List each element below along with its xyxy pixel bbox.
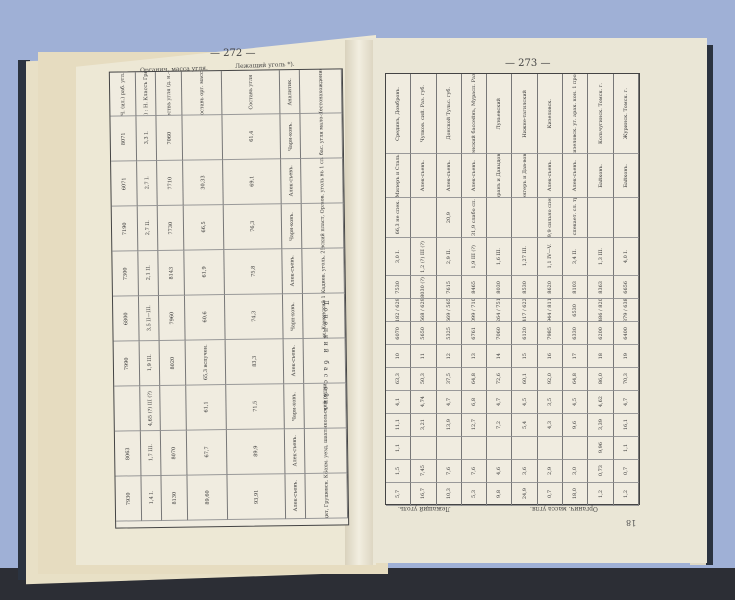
right-cell-class: 1,27 III. (512, 238, 537, 276)
left-cell-heat-organic: 8020 (160, 341, 187, 386)
right-cell-class: 2,9 II. (437, 238, 462, 276)
left-cell-location: шах. Кадиев. уголь, 25 саж. (302, 248, 345, 294)
right-cell-number: 10 (386, 345, 411, 368)
left-cell-location: Юзов. уголь въ 1 слой (301, 158, 344, 204)
left-cell-heat-organic: 7960 (159, 296, 186, 341)
right-cell-coal-value: 60,1 (512, 368, 537, 391)
right-cell-coal-value: 11,1 (386, 414, 411, 437)
right-cell-coal-value: 3,21 (411, 414, 436, 437)
right-cell-coal-value: 7,2 (487, 414, 512, 437)
left-cell-analyst: Алек-съевъ. (284, 339, 305, 384)
right-cell-coal-value: 4,5 (563, 391, 588, 414)
right-cell-number: 12 (437, 345, 462, 368)
right-cell-heat-organic: 8030 (?) (411, 276, 436, 299)
right-cell-coal-value: 92,0 (538, 368, 563, 391)
right-cell-coal-value: 13,9 (437, 414, 462, 437)
right-cell-coal-value: 3,39 (588, 414, 613, 437)
right-cell-heat-coal: 5669 / 5659 (437, 299, 462, 322)
left-header-location: Местонахождение: (300, 69, 343, 114)
right-cell-analyst: Байковъ. (588, 154, 613, 198)
right-cell-coal-value: 64,8 (563, 368, 588, 391)
right-cell-coal-value: 3,5 (538, 391, 563, 414)
left-cell-org: 66,5 (184, 205, 225, 251)
left-cell-heat-organic: 8130 (161, 476, 188, 521)
right-cell-coal-value: 0,73 (588, 460, 613, 483)
left-cell-coal: 71,5 (226, 384, 285, 430)
right-cell-coal-value (512, 437, 537, 460)
right-data-table: Срединъ, Домбровъ.Чулков. сий. Раз. губ.… (385, 73, 640, 505)
right-cell-coal-value: 1,1 (386, 437, 411, 460)
right-cell-coke: 66,3 не спек. (386, 198, 411, 238)
right-cell-heat-raw: 7060 (487, 322, 512, 345)
left-cell-heat: 6800 (113, 296, 140, 341)
right-cell-coke: 61,0 спекает. сл. треш. (563, 198, 588, 238)
right-cell-coal-value: 18,0 (563, 483, 588, 506)
left-cell-org: 67,7 (187, 430, 228, 476)
right-cell-coke (614, 198, 639, 238)
right-cell-coal-value: 0,7 (538, 483, 563, 506)
right-cell-heat-organic: 7615 (437, 276, 462, 299)
left-page-number: — 272 — (210, 48, 255, 59)
right-cell-heat-organic: 8620 (538, 276, 563, 299)
right-cell-location: Нижне-тагилский (512, 74, 537, 154)
right-cell-location: Кольчугинск. Томск. г. (588, 74, 613, 154)
right-cell-coal-value: 4,3 (538, 414, 563, 437)
left-cell-heat-organic: 8143 (158, 251, 185, 296)
right-cell-analyst: Алек-съевъ. (437, 154, 462, 198)
right-cell-heat-raw: 6070 (386, 322, 411, 345)
left-header-org: Составъ орг. массы (182, 71, 223, 116)
right-cell-coal-value: 9,6 (563, 414, 588, 437)
right-cell-number: 13 (462, 345, 487, 368)
left-cell-heat-organic: 7060 (156, 116, 183, 161)
left-cell-org: 65,3 вспучен. (186, 340, 227, 386)
left-cell-location: Бахм. уезд, шахта (305, 428, 348, 474)
left-cell-location: Голубовский пласт, Орлов. губ. (302, 203, 345, 249)
left-header-yield: Выходъ кокса дит. веществъ угля (д. н.—1… (156, 72, 183, 116)
left-side-caption: Донецкий бассейнъ (322, 300, 329, 414)
right-cell-coal-value: 4,6 (487, 460, 512, 483)
right-cell-coke (588, 198, 613, 238)
right-cell-coke (411, 198, 436, 238)
left-cell-analyst: Алек-съевъ. (281, 159, 302, 204)
right-cell-coal-value: 4,5 (512, 391, 537, 414)
left-cell-org: 61,9 (184, 250, 225, 296)
right-cell-class: 1,1 IV—V. (538, 238, 563, 276)
right-cell-heat-organic: 8030 (487, 276, 512, 299)
right-cell-analyst: Байковъ. (614, 154, 639, 198)
left-cell-coal: 76,3 (224, 204, 283, 250)
right-cell-class: 3,4 II. (563, 238, 588, 276)
left-table-grid: Ч. (ил.) раб. угл. (O + S) : H. Классъ Г… (110, 69, 348, 527)
left-cell-heat-organic (160, 386, 187, 431)
right-cell-coal-value: 1,5 (386, 460, 411, 483)
right-cell-class: 1,9 III (?) (462, 238, 487, 276)
right-cell-coal-value: 4,7 (487, 391, 512, 414)
left-cell-class: 2,7 I. (137, 161, 158, 206)
right-cell-coal-value (462, 437, 487, 460)
right-cell-coal-value: 3,6 (512, 460, 537, 483)
right-cell-location: Журинск. Томск. г. (614, 74, 639, 154)
left-header-heat: Ч. (ил.) раб. угл. (110, 72, 137, 116)
right-cell-coal-value: 5,3 (462, 483, 487, 506)
right-cell-coal-value: 4,7 (437, 391, 462, 414)
left-cell-class: 2,1 II. (138, 251, 159, 296)
right-cell-coal-value: 10,3 (437, 483, 462, 506)
left-header-coal: Составъ угля (222, 70, 281, 115)
right-cell-class: 1,6 III. (487, 238, 512, 276)
right-cell-coal-value: 4,62 (588, 391, 613, 414)
right-cell-heat-coal: 8486 / 8208 (588, 299, 613, 322)
right-cell-coal-value: 0,7 (614, 460, 639, 483)
left-cell-coal: 61,4 (222, 114, 281, 160)
right-cell-heat-coal: 6530 (563, 299, 588, 322)
book-gutter (345, 40, 373, 565)
right-cell-analyst: Зенгеръ и Дав-вовъ. (512, 154, 537, 198)
right-cell-heat-raw: 6200 (588, 322, 613, 345)
right-cell-analyst: Милеръ и Сталь. (386, 154, 411, 198)
right-page-signature: 18 (626, 518, 636, 527)
right-cell-coal-value (437, 437, 462, 460)
left-cell-heat-organic: 7710 (157, 161, 184, 206)
right-cell-heat-coal: 7099 / 7105 (462, 299, 487, 322)
right-page-number: — 273 — (505, 58, 550, 69)
left-cell-heat (114, 386, 141, 431)
right-cell-coal-value: 4,7 (614, 391, 639, 414)
right-cell-coal-value: 9,96 (588, 437, 613, 460)
right-cell-coal-value: 3,0 (563, 460, 588, 483)
left-cell-coal: 69,1 (223, 159, 282, 205)
left-cell-class: 4,65 (?) III (?) (140, 386, 161, 431)
right-cell-heat-coal: 6379 / 6389 (614, 299, 639, 322)
right-cell-heat-organic: 8103 (563, 276, 588, 299)
right-cell-coke (512, 198, 537, 238)
right-cell-coal-value: 37,5 (437, 368, 462, 391)
right-cell-heat-raw: 7985 (538, 322, 563, 345)
left-cell-heat: 8071 (110, 116, 137, 161)
right-cell-coal-value: 63,3 (386, 368, 411, 391)
right-cell-coal-value (411, 437, 436, 460)
right-cell-coal-value: 1,2 (614, 483, 639, 506)
right-cell-coal-value: 7,6 (462, 460, 487, 483)
right-cell-location: Чулков. сий. Раз. губ. (411, 74, 436, 154)
right-cell-analyst: Лоранъ и Давыдовъ. (487, 154, 512, 198)
right-cell-coal-value: 7,6 (437, 460, 462, 483)
right-cell-number: 11 (411, 345, 436, 368)
left-cell-analyst: Алек-съевъ. (285, 429, 306, 474)
right-cell-coal-value: 1,2 (588, 483, 613, 506)
right-cell-heat-organic: 8530 (512, 276, 537, 299)
left-cell-heat: 7990 (114, 341, 141, 386)
right-cell-coal-value: 70,3 (614, 368, 639, 391)
right-caption-coal: Лежащий уголь. (398, 505, 450, 512)
right-cell-analyst: Алек-съевъ. (411, 154, 436, 198)
right-cell-location: Кизеловск. (538, 74, 563, 154)
right-cell-coal-value: 50,3 (411, 368, 436, 391)
left-cell-heat: 8063 (115, 431, 142, 476)
right-cell-coal-value: 1,1 (614, 437, 639, 460)
right-cell-heat-organic: 8465 (462, 276, 487, 299)
right-cell-heat-coal: 6417 / 6220 (512, 299, 537, 322)
right-cell-heat-raw: 6120 (512, 322, 537, 345)
left-cell-location: Антрацит, Грушевск. Копани. (305, 473, 348, 519)
left-cell-coal: 75,8 (224, 249, 283, 295)
right-cell-coke (487, 198, 512, 238)
right-cell-coal-value: 24,9 (512, 483, 537, 506)
right-cell-heat-organic: 6656 (614, 276, 639, 299)
right-cell-coke: 99,9 сильно спек. (538, 198, 563, 238)
left-cell-coal: 93,91 (227, 474, 286, 520)
right-cell-coal-value: 72,6 (487, 368, 512, 391)
left-cell-heat: 6071 (111, 161, 138, 206)
right-cell-heat-organic: 8363 (588, 276, 613, 299)
right-cell-number: 17 (563, 345, 588, 368)
right-cell-location: Луньевский (487, 74, 512, 154)
right-cell-heat-coal: 5568 / 6290 (411, 299, 436, 322)
left-cell-org: 61,1 (186, 385, 227, 431)
right-cell-coal-value (487, 437, 512, 460)
right-cell-heat-raw: 6400 (614, 322, 639, 345)
right-cell-analyst: Алек-съевъ. (462, 154, 487, 198)
left-cell-heat: 7300 (112, 251, 139, 296)
left-cell-analyst: Чарн-ковъ. (280, 114, 301, 159)
right-cell-heat-coal: 6182 / 6290 (386, 299, 411, 322)
right-cell-heat-raw: 6330 (563, 322, 588, 345)
left-cell-class: 1,7 III. (141, 431, 162, 476)
left-cell-analyst: Чарн-ковъ. (282, 204, 303, 249)
left-cell-class: 3,3 I. (136, 116, 157, 161)
right-cell-coke: 20,9 (437, 198, 462, 238)
right-cell-class: 4,0 I. (614, 238, 639, 276)
left-cell-analyst: Алек-съевъ. (285, 474, 306, 519)
right-cell-number: 19 (614, 345, 639, 368)
right-cell-heat-raw: 6761 (462, 322, 487, 345)
right-cell-coal-value: 5,7 (386, 483, 411, 506)
left-data-table: Ч. (ил.) раб. угл. (O + S) : H. Классъ Г… (109, 68, 349, 528)
left-cell-heat: 7930 (115, 476, 142, 521)
left-cell-location: Донецк. бас. угля мало-зольный (300, 113, 343, 159)
right-cell-coal-value: 2,9 (538, 460, 563, 483)
right-cell-coal-value: 9,8 (487, 483, 512, 506)
right-cell-location: Смоленский бассейнъ, Мурасп. Раз. губ. (462, 74, 487, 154)
left-cell-heat-organic: 8070 (161, 431, 188, 476)
right-cell-number: 18 (588, 345, 613, 368)
right-cell-coal-value: 5,4 (512, 414, 537, 437)
left-cell-class: 2,7 II. (138, 206, 159, 251)
right-caption-organic: Органич. масса угля. (530, 505, 598, 512)
left-header-class: (O + S) : H. Классъ Грюнера. (136, 72, 157, 116)
left-cell-class: 3,5 II—III. (139, 296, 160, 341)
right-cell-number: 15 (512, 345, 537, 368)
right-cell-coal-value: 7,45 (411, 460, 436, 483)
right-cell-analyst: Алек-съевъ. (538, 154, 563, 198)
right-cell-coal-value: 16,7 (411, 483, 436, 506)
left-cell-heat: 7190 (112, 206, 139, 251)
right-cell-location: Срединъ, Домбровъ. (386, 74, 411, 154)
left-cell-heat-organic: 7730 (158, 206, 185, 251)
right-cell-number: 14 (487, 345, 512, 368)
right-cell-heat-organic: 7530 (386, 276, 411, 299)
right-cell-heat-raw: 5650 (411, 322, 436, 345)
right-cell-coke: 31,9 слабо сп. (462, 198, 487, 238)
right-cell-coal-value: 16,1 (614, 414, 639, 437)
left-cell-org: 30,33 (183, 160, 224, 206)
right-cell-class: 3,0 I. (386, 238, 411, 276)
left-cell-class: 1,4 I. (141, 476, 162, 521)
right-cell-number: 16 (538, 345, 563, 368)
right-cell-coal-value: 64,8 (462, 368, 487, 391)
right-cell-heat-raw: 5325 (437, 322, 462, 345)
right-cell-coal-value (538, 437, 563, 460)
left-header-analyst: Аналитик. (280, 70, 301, 114)
left-cell-analyst: Чарн-ковъ. (284, 384, 305, 429)
right-cell-heat-coal: 6944 / 8115 (538, 299, 563, 322)
left-cell-coal: 83,3 (226, 339, 285, 385)
left-cell-class: 1,9 III. (140, 341, 161, 386)
right-cell-coal-value: 86,0 (588, 368, 613, 391)
right-cell-class: 1,3 III. (588, 238, 613, 276)
right-cell-coal-value (563, 437, 588, 460)
right-cell-class: 1,2 (?) III (?) (411, 238, 436, 276)
left-cell-org: 60,6 (185, 295, 226, 341)
right-cell-coal-value: 4,74 (411, 391, 436, 414)
left-cell-org (182, 115, 223, 161)
right-cell-coal-value: 4,1 (386, 391, 411, 414)
right-cell-analyst: Алек-съевъ. (563, 154, 588, 198)
right-cell-coal-value: 12,7 (462, 414, 487, 437)
left-cell-analyst: Чарн-ковъ. (283, 294, 304, 339)
right-cell-coal-value: 6,8 (462, 391, 487, 414)
left-cell-coal: 89,9 (227, 429, 286, 475)
right-cell-location: Донской Тульс. губ. (437, 74, 462, 154)
right-table-grid: Срединъ, Домбровъ.Чулков. сий. Раз. губ.… (386, 74, 639, 504)
left-cell-coal: 74,3 (225, 294, 284, 340)
left-cell-analyst: Алек-съевъ. (282, 249, 303, 294)
right-cell-location: Кизеловск. уг. арак. кон. 1 пров. (563, 74, 588, 154)
right-cell-heat-coal: 7264 / 7510 (487, 299, 512, 322)
left-cell-org: 89,60 (187, 475, 228, 521)
